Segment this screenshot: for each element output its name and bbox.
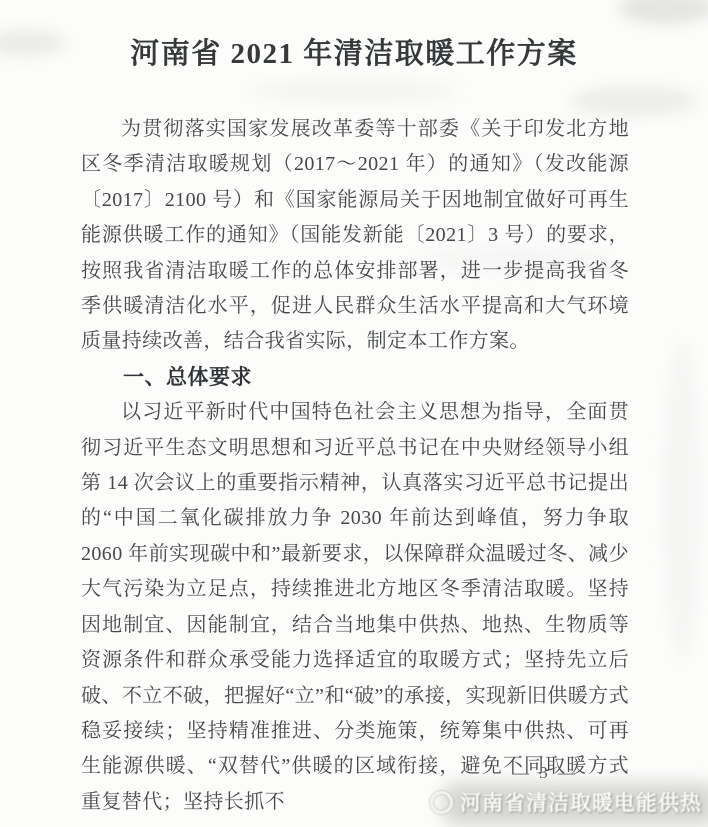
page-number: — 3 — (512, 763, 578, 783)
watermark-text: 河南省清洁取暖电能供热 (460, 787, 702, 817)
paragraph-intro: 为贯彻落实国家发展改革委等十部委《关于印发北方地区冬季清洁取暖规划（2017～2… (81, 112, 629, 360)
scanned-document-page: 河南省 2021 年清洁取暖工作方案 为贯彻落实国家发展改革委等十部委《关于印发… (0, 0, 708, 827)
wechat-account-logo-icon (430, 791, 453, 814)
paragraph-overall-requirements: 以习近平新时代中国特色社会主义思想为指导，全面贯彻习近平生态文明思想和习近平总书… (81, 395, 629, 820)
text-column: 为贯彻落实国家发展改革委等十部委《关于印发北方地区冬季清洁取暖规划（2017～2… (81, 112, 629, 820)
section-heading-overall-requirements: 一、总体要求 (81, 360, 629, 395)
scan-smudge (250, 80, 460, 102)
document-title: 河南省 2021 年清洁取暖工作方案 (0, 34, 708, 74)
watermark: 河南省清洁取暖电能供热 (430, 787, 702, 817)
scan-smudge (664, 340, 700, 660)
scan-smudge (618, 0, 708, 24)
